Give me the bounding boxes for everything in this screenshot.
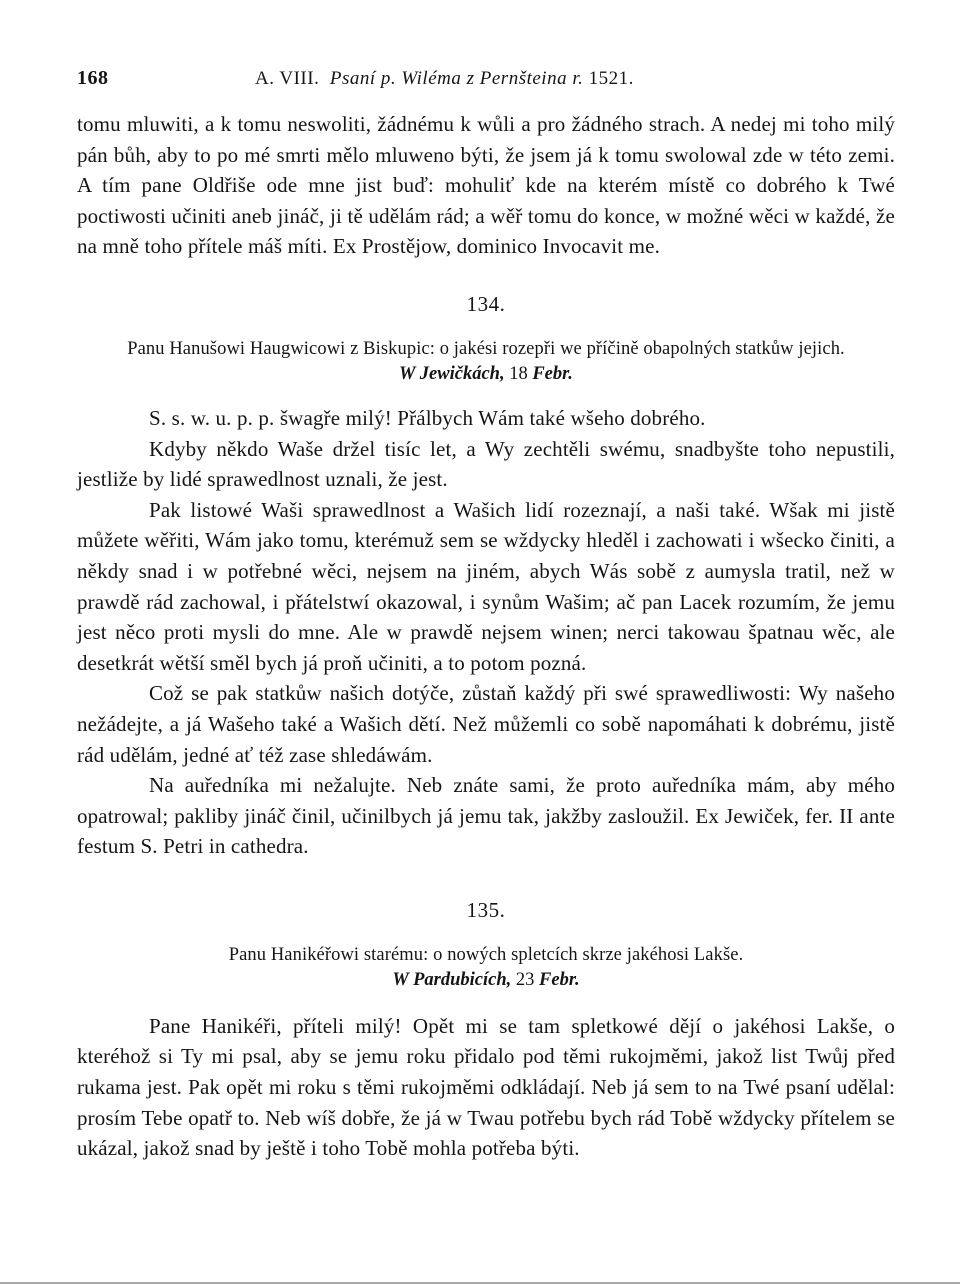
letter-title: Panu Hanušowi Haugwicowi z Biskupic: o j… <box>77 337 895 362</box>
section-label: A. VIII. <box>255 68 319 89</box>
letter-place: W Pardubicích, <box>392 970 511 990</box>
letter-place-date: W Pardubicích, 23 Febr. <box>77 968 895 993</box>
letter-paragraph: Pane Hanikéři, příteli milý! Opět mi se … <box>77 1011 895 1164</box>
letter-place: W Jewičkách, <box>399 364 505 384</box>
running-title-italic: Psaní p. Wiléma z Pernšteina r. <box>330 68 584 89</box>
running-header: 168 A. VIII. Psaní p. Wiléma z Pernštein… <box>77 62 895 98</box>
letter-paragraph: Na auředníka mi nežalujte. Neb znáte sam… <box>77 770 895 862</box>
letter-day: 23 <box>516 970 535 990</box>
letter-paragraph: Což se pak statkůw našich dotýče, zůstaň… <box>77 678 895 770</box>
letter-month: Febr. <box>532 364 573 384</box>
letter-number: 135. <box>77 898 895 923</box>
document-page: 168 A. VIII. Psaní p. Wiléma z Pernštein… <box>77 62 895 1164</box>
page-number: 168 <box>77 67 109 90</box>
letter-place-date: W Jewičkách, 18 Febr. <box>77 362 895 387</box>
running-title-year: 1521. <box>589 68 634 89</box>
running-title: A. VIII. Psaní p. Wiléma z Pernšteina r.… <box>255 68 634 90</box>
letter-134: 134. Panu Hanušowi Haugwicowi z Biskupic… <box>77 292 895 862</box>
letter-day: 18 <box>509 364 528 384</box>
letter-number: 134. <box>77 292 895 317</box>
letter-month: Febr. <box>539 970 580 990</box>
continuation-paragraph: tomu mluwiti, a k tomu neswoliti, žádném… <box>77 109 895 262</box>
letter-paragraph: Pak listowé Waši sprawedlnost a Wašich l… <box>77 495 895 679</box>
letter-paragraph: S. s. w. u. p. p. šwagře milý! Přálbych … <box>77 403 895 434</box>
letter-paragraph: Kdyby někdo Waše držel tisíc let, a Wy z… <box>77 434 895 495</box>
letter-title: Panu Hanikéřowi starému: o nowých spletc… <box>77 943 895 968</box>
letter-135: 135. Panu Hanikéřowi starému: o nowých s… <box>77 898 895 1164</box>
